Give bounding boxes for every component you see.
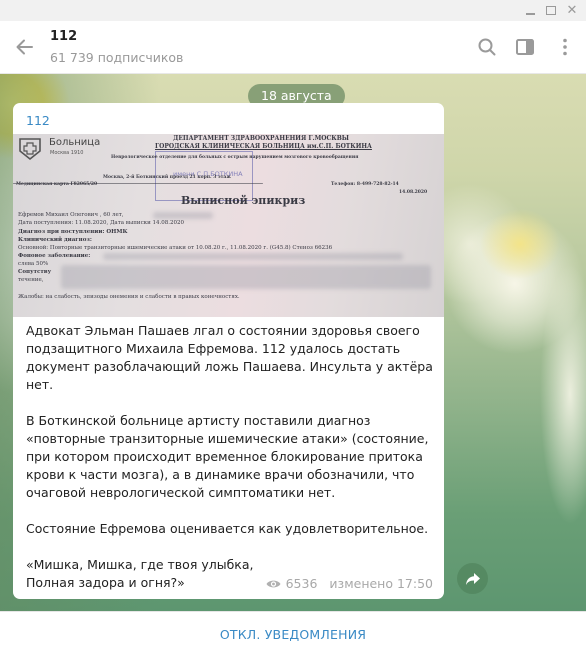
doc-background: Фоновое заболевание: — [18, 253, 90, 259]
chat-header: 112 61 739 подписчиков — [0, 21, 586, 74]
more-vertical-icon — [553, 35, 577, 59]
more-menu-button[interactable] — [553, 35, 577, 59]
message-text: Адвокат Эльман Пашаев лгал о состоянии з… — [26, 322, 436, 592]
doc-left: слева 50% — [18, 261, 48, 267]
message-paragraph: В Боткинской больнице артисту поставили … — [26, 412, 436, 502]
doc-admitted: Дата поступления: 11.08.2020, Дата выпис… — [18, 220, 184, 226]
share-button[interactable] — [457, 563, 488, 594]
subscriber-count: 61 739 подписчиков — [50, 50, 183, 65]
sidebar-toggle-icon — [513, 35, 537, 59]
back-arrow-icon — [12, 34, 38, 60]
message-meta: 6536 изменено 17:50 — [266, 576, 433, 591]
message-photo[interactable]: Больница Москва 1910 ДЕПАРТАМЕНТ ЗДРАВОО… — [13, 134, 444, 317]
back-button[interactable] — [12, 34, 38, 60]
views-eye-icon — [266, 579, 281, 589]
doc-accompanying: Сопутству — [18, 269, 51, 275]
doc-course: течение, — [18, 277, 44, 283]
channel-title[interactable]: 112 — [50, 29, 77, 44]
close-button[interactable]: ✕ — [559, 0, 585, 21]
message-paragraph: Адвокат Эльман Пашаев лгал о состоянии з… — [26, 322, 436, 394]
edited-time: изменено 17:50 — [329, 576, 433, 591]
doc-title: Выписной эпикриз — [181, 194, 305, 207]
chat-area[interactable]: 18 августа 112 Больница Москва 1910 ДЕПА… — [0, 74, 586, 611]
mute-notifications-button[interactable]: ОТКЛ. УВЕДОМЛЕНИЯ — [220, 627, 366, 642]
chat-footer: ОТКЛ. УВЕДОМЛЕНИЯ — [0, 611, 586, 656]
doc-card: Медицинская карта Г82065/20 — [16, 182, 97, 187]
search-button[interactable] — [475, 35, 499, 59]
view-count: 6536 — [286, 576, 318, 591]
search-icon — [475, 35, 499, 59]
doc-patient: Ефремов Михаил Олегович , 60 лет, — [18, 212, 124, 218]
doc-diag-in: Диагноз при поступлении: ОНМК — [18, 229, 127, 235]
doc-logo: Больница — [49, 137, 100, 148]
doc-logo-sub: Москва 1910 — [50, 150, 83, 156]
doc-hospital: ГОРОДСКАЯ КЛИНИЧЕСКАЯ БОЛЬНИЦА им.С.П. Б… — [155, 143, 372, 150]
doc-neuro: Неврологическое отделение для больных с … — [111, 155, 358, 160]
share-arrow-icon — [465, 572, 481, 586]
doc-address: Москва, 2-й Боткинский проезд 21 корп. 3… — [103, 175, 231, 180]
doc-clinical: Клинический диагноз: — [18, 237, 92, 243]
maximize-icon — [546, 6, 556, 15]
doc-date: 14.08.2020 — [399, 190, 427, 195]
doc-complaints: Жалобы: на слабость, эпизоды онемения и … — [18, 294, 240, 300]
message-bubble[interactable]: 112 Больница Москва 1910 ДЕПАРТАМЕНТ ЗДР… — [13, 103, 444, 599]
hospital-logo-icon — [16, 136, 44, 162]
doc-phone: Телефон: 8-499-728-82-14 — [331, 182, 399, 187]
sidebar-toggle-button[interactable] — [513, 35, 537, 59]
doc-dept: ДЕПАРТАМЕНТ ЗДРАВООХРАНЕНИЯ Г.МОСКВЫ — [173, 135, 349, 142]
minimize-icon — [526, 13, 535, 15]
message-author[interactable]: 112 — [26, 113, 50, 128]
window-titlebar: ✕ — [0, 0, 586, 21]
close-icon: ✕ — [567, 4, 578, 17]
message-paragraph: Состояние Ефремова оценивается как удовл… — [26, 520, 436, 538]
doc-main: Основной: Повторные транзиторные ишемиче… — [18, 245, 332, 251]
